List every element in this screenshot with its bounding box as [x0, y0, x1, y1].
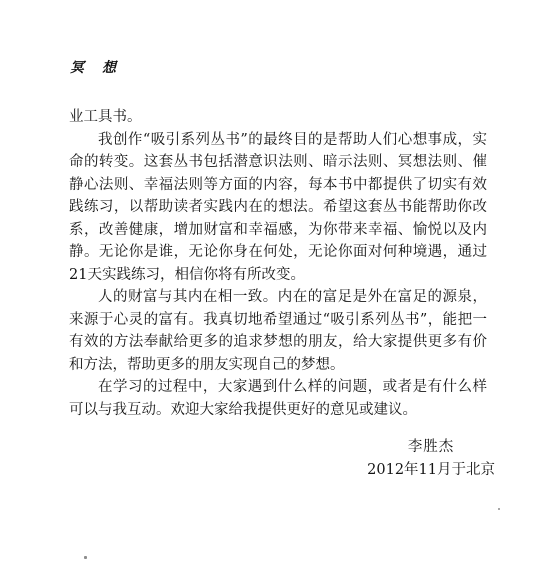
signature-date: 2012年11月于北京 [367, 459, 495, 482]
paragraph: 业工具书。 [69, 106, 487, 129]
text-line: 人的财富与其内在相一致。内在的富足是外在富足的源泉，一切财富 [69, 286, 487, 309]
signature-block: 李胜杰 2012年11月于北京 [367, 436, 495, 482]
text-line: 业工具书。 [69, 106, 487, 129]
text-line: 21天实践练习，相信你将有所改变。 [69, 264, 487, 287]
scan-speck [84, 556, 87, 559]
text-line: 静心法则、幸福法则等方面的内容，每本书中都提供了切实有效的21天实 [69, 174, 487, 197]
paragraph: 人的财富与其内在相一致。内在的富足是外在富足的源泉，一切财富 来源于心灵的富有。… [69, 286, 487, 376]
text-line: 践练习，以帮助读者实践内在的想法。希望这套丛书能帮助你改善人际关 [69, 196, 487, 219]
text-line: 有效的方法奉献给更多的追求梦想的朋友，给大家提供更多有价值的工具 [69, 331, 487, 354]
text-line: 来源于心灵的富有。我真切地希望通过“吸引系列丛书”，能把一套简单 [69, 309, 487, 332]
text-line: 我创作“吸引系列丛书”的最终目的是帮助人们心想事成，实现生 [69, 129, 487, 152]
text-line: 静。无论你是谁，无论你身在何处，无论你面对何种境遇，通过各项目的 [69, 241, 487, 264]
text-line: 可以与我互动。欢迎大家给我提供更好的意见或建议。 [69, 399, 487, 422]
scan-speck [498, 508, 500, 510]
signature-name: 李胜杰 [367, 436, 495, 459]
running-head: 冥 想 [70, 57, 118, 77]
text-line: 和方法，帮助更多的朋友实现自己的梦想。 [69, 354, 487, 377]
text-line: 系，改善健康，增加财富和幸福感，为你带来幸福、愉悦以及内心的宁 [69, 219, 487, 242]
text-line: 在学习的过程中，大家遇到什么样的问题，或者是有什么样的想法， [69, 376, 487, 399]
paragraph: 在学习的过程中，大家遇到什么样的问题，或者是有什么样的想法， 可以与我互动。欢迎… [69, 376, 487, 421]
text-line: 命的转变。这套丛书包括潜意识法则、暗示法则、冥想法则、催眠法则、 [69, 151, 487, 174]
paragraph: 我创作“吸引系列丛书”的最终目的是帮助人们心想事成，实现生 命的转变。这套丛书包… [69, 129, 487, 287]
body-text: 业工具书。 我创作“吸引系列丛书”的最终目的是帮助人们心想事成，实现生 命的转变… [69, 106, 487, 421]
book-page: 冥 想 业工具书。 我创作“吸引系列丛书”的最终目的是帮助人们心想事成，实现生 … [0, 0, 537, 577]
